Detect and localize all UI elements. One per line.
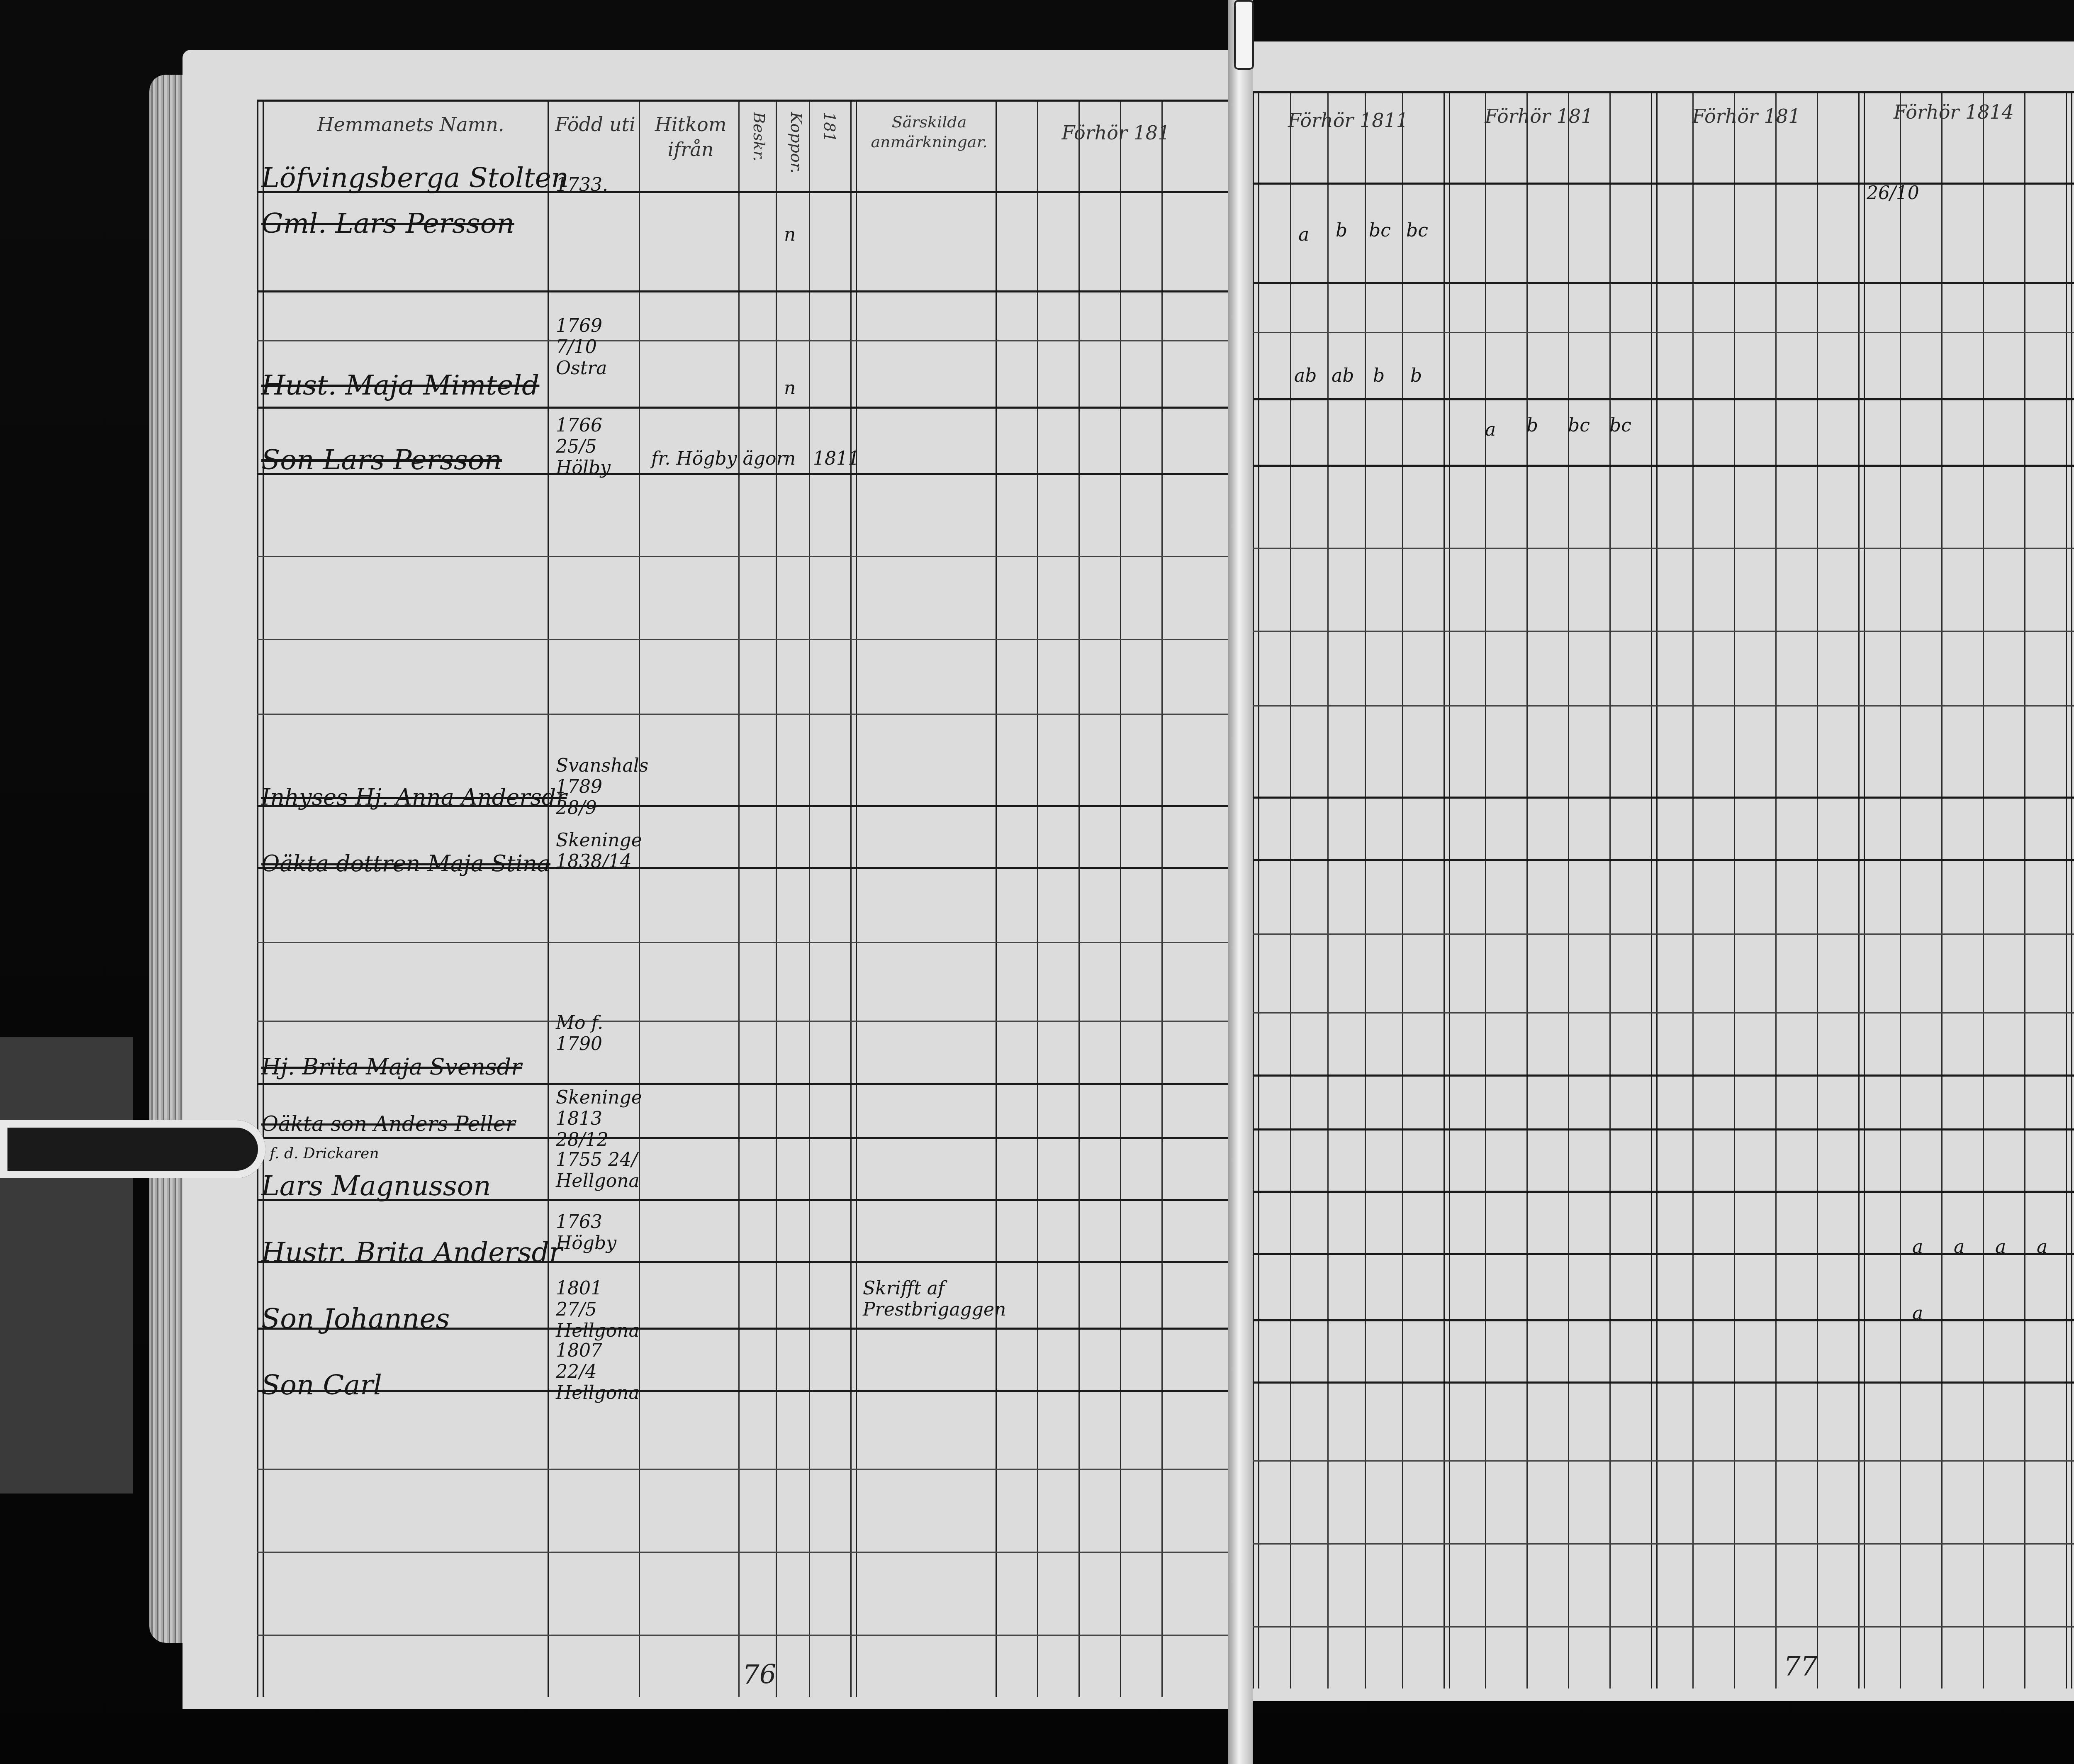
left-grid [257,100,1244,1697]
entry-name: Son Lars Persson [261,444,502,476]
entry-mark: n [784,448,796,469]
right-page: Förhör 1811 Förhör 181 Förhör 181 Förhör… [1236,41,2074,1701]
exam-mark: a [1485,419,1496,440]
entry-name: Oäkta dottren Maja Stina [261,850,550,877]
header-exam: Förhör 181 [1004,120,1228,145]
exam-mark: a [1298,224,1309,245]
exam-mark: a [1995,1236,2006,1257]
entry-born: Mo f. 1790 [556,1012,647,1055]
entry-born: 1763 Högby [556,1211,647,1254]
header-remarks: Särskilda anmärkningar. [859,112,1000,152]
entry-name: Inhyses Hj. Anna Andersdr [261,784,567,810]
exam-mark: b [1336,220,1347,241]
entry-remarks: Skrifft af Prestbrigaggen [863,1278,1012,1320]
book-clip [1234,0,1254,70]
entry-name: Gml. Lars Persson [261,207,514,239]
entry-name: Hustr. Brita Andersdr [261,1236,562,1268]
entry-born: 1769 7/10 Ostra [556,315,643,379]
entry-born: Skeninge 1838/14 [556,830,647,872]
entry-born: 1755 24/ Hellgona [556,1149,647,1191]
entry-note: f. d. Drickaren [270,1145,379,1162]
scanner-strap [0,1120,265,1178]
exam-mark: b [1410,365,1422,386]
exam-mark: b [1526,415,1538,436]
header-born: Född uti [552,112,639,137]
entry-born: Svanshals 1789 28/9 [556,755,647,819]
entry-mark: n [784,224,796,245]
book-gutter [1228,0,1253,1764]
exam-mark: bc [1609,415,1631,436]
exam-mark: a [2037,1236,2047,1257]
entry-mark: n [784,378,796,399]
entry-from: fr. Högby ägor [651,448,785,469]
entry-name: Oäkta son Anders Peller [261,1112,516,1136]
farm-name: Löfvingsberga Stolten [261,162,569,194]
exam-mark: bc [1406,220,1428,241]
exam-mark: ab [1332,365,1354,386]
page-number-left: 76 [742,1659,776,1690]
entry-born: 1801 27/5 Hellgona [556,1278,647,1341]
entry-name: Lars Magnusson [261,1170,491,1202]
header-exam-1814: Förhör 1814 [1867,100,2041,124]
scanner-frame [0,1037,133,1494]
header-col-v2: Koppor. [784,112,809,173]
header-farm-name: Hemmanets Namn. [278,112,543,137]
exam-mark: b [1373,365,1385,386]
left-page: Hemmanets Namn. Född uti Hitkom ifrån Be… [183,50,1244,1709]
right-grid [1253,91,2074,1688]
entry-born: 1733. [556,174,608,195]
entry-name: Hust. Maja Mimteld [261,369,539,401]
entry-year: 1811 [813,448,859,469]
exam-mark: a [1912,1303,1923,1324]
exam-mark: a [1912,1236,1923,1257]
entry-born: 1807 22/4 Hellgona [556,1340,647,1403]
header-from: Hitkom ifrån [643,112,738,162]
exam-mark: a [1954,1236,1964,1257]
entry-name: Son Carl [261,1369,382,1401]
entry-born: Skeninge 1813 28/12 [556,1087,647,1150]
exam-mark: ab [1294,365,1317,386]
header-col-v1: Beskr. [747,112,772,161]
entry-name: Hj. Brita Maja Svensdr [261,1054,522,1080]
header-exam-1811: Förhör 1811 [1261,108,1435,133]
page-number-right: 77 [1784,1651,1817,1682]
header-exam-181a: Förhör 181 [1452,104,1626,129]
header-exam-181b: Förhör 181 [1659,104,1833,129]
header-col-v3: 181 [817,112,842,142]
exam-mark: bc [1568,415,1590,436]
entry-born: 1766 25/5 Hölby [556,415,643,478]
exam-date: 26/10 [1867,183,1919,204]
exam-mark: bc [1369,220,1391,241]
entry-name: Son Johannes [261,1303,450,1335]
